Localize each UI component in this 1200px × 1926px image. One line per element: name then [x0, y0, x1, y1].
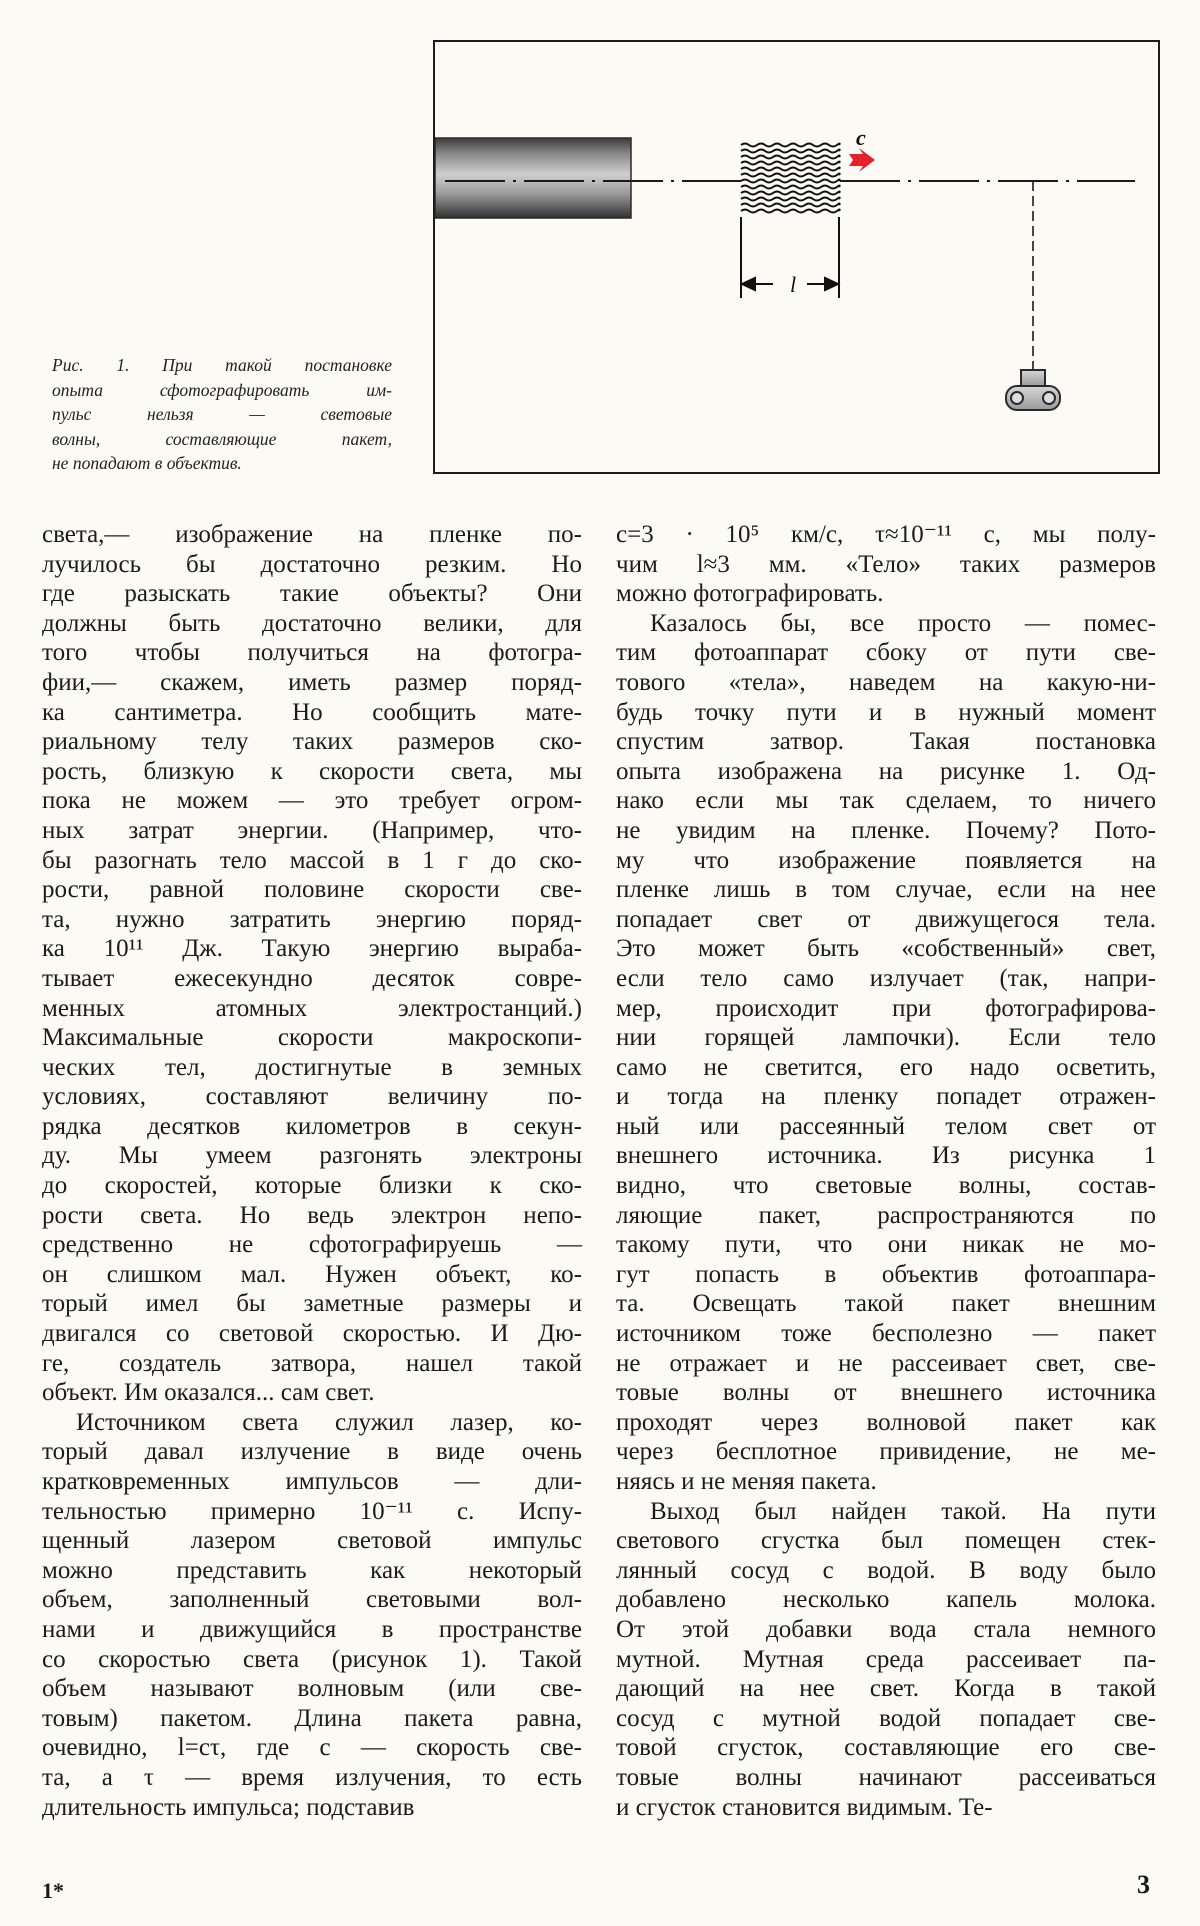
- figure-1-diagram: l c: [433, 40, 1160, 474]
- text-line: он слишком мал. Нужен объект, ко-: [42, 1260, 582, 1290]
- text-line: ду. Мы умеем разгонять электроны: [42, 1141, 582, 1171]
- text-line: торый имел бы заметные размеры и: [42, 1289, 582, 1319]
- text-line: лучилось бы достаточно резким. Но: [42, 550, 582, 580]
- text-line: тельностью примерно 10⁻¹¹ с. Испу-: [42, 1497, 582, 1527]
- text-line: спустим затвор. Такая постановка: [616, 727, 1156, 757]
- text-line: Выход был найден такой. На пути: [616, 1497, 1156, 1527]
- text-line: Источником света служил лазер, ко-: [42, 1408, 582, 1438]
- text-line: няясь и не меняя пакета.: [616, 1467, 1156, 1497]
- text-line: двигался со световой скоростью. И Дю-: [42, 1319, 582, 1349]
- text-line: со скоростью света (рисунок 1). Такой: [42, 1645, 582, 1675]
- text-line: условиях, составляют величину по-: [42, 1082, 582, 1112]
- text-line: та, а τ — время излучения, то есть: [42, 1763, 582, 1793]
- text-line: до скоростей, которые близки к ско-: [42, 1171, 582, 1201]
- text-line: не увидим на пленке. Почему? Пото-: [616, 816, 1156, 846]
- text-line: товые волны от внешнего источника: [616, 1378, 1156, 1408]
- text-line: должны быть достаточно велики, для: [42, 609, 582, 639]
- text-line: мутной. Мутная среда рассеивает па-: [616, 1645, 1156, 1675]
- camera-icon: [1006, 370, 1060, 410]
- text-line: Максимальные скорости макроскопи-: [42, 1023, 582, 1053]
- text-line: мер, происходит при фотографирова-: [616, 994, 1156, 1024]
- text-line: нами и движущийся в пространстве: [42, 1615, 582, 1645]
- text-line: От этой добавки вода стала немного: [616, 1615, 1156, 1645]
- text-line: Казалось бы, все просто — помес-: [616, 609, 1156, 639]
- text-line: рости света. Но ведь электрон непо-: [42, 1201, 582, 1231]
- text-line: добавлено несколько капель молока.: [616, 1585, 1156, 1615]
- text-line: длительность импульса; подставив: [42, 1793, 582, 1823]
- label-c: c: [856, 125, 866, 150]
- wave-packet-icon: [741, 141, 840, 217]
- text-line: тового «тела», наведем на какую-ни-: [616, 668, 1156, 698]
- text-line: бы разогнать тело массой в 1 г до ско-: [42, 846, 582, 876]
- text-line: фии,— скажем, иметь размер поряд-: [42, 668, 582, 698]
- text-line: рость, близкую к скорости света, мы: [42, 757, 582, 787]
- text-line: света,— изображение на пленке по-: [42, 520, 582, 550]
- page-number: 3: [1137, 1870, 1150, 1900]
- text-line: менных атомных электростанций.): [42, 994, 582, 1024]
- text-line: проходят через волновой пакет как: [616, 1408, 1156, 1438]
- velocity-arrow-icon: [849, 148, 875, 172]
- text-line: объем, заполненный световыми вол-: [42, 1585, 582, 1615]
- text-line: рядка десятков километров в секун-: [42, 1112, 582, 1142]
- text-line: будь точку пути и в нужный момент: [616, 698, 1156, 728]
- text-line: видно, что световые волны, состав-: [616, 1171, 1156, 1201]
- text-line: ческих тел, достигнутые в земных: [42, 1053, 582, 1083]
- text-line: та. Освещать такой пакет внешним: [616, 1289, 1156, 1319]
- text-line: рости, равной половине скорости све-: [42, 875, 582, 905]
- text-line: источником тоже бесполезно — пакет: [616, 1319, 1156, 1349]
- text-line: светового сгустка был помещен стек-: [616, 1526, 1156, 1556]
- text-line: щенный лазером световой импульс: [42, 1526, 582, 1556]
- text-line: кратковременных импульсов — дли-: [42, 1467, 582, 1497]
- text-line: ка сантиметра. Но сообщить мате-: [42, 698, 582, 728]
- text-line: и сгусток становится видимым. Те-: [616, 1793, 1156, 1823]
- text-line: товой сгусток, составляющие его све-: [616, 1733, 1156, 1763]
- text-line: ный или рассеянный телом свет от: [616, 1112, 1156, 1142]
- text-line: где разыскать такие объекты? Они: [42, 579, 582, 609]
- text-line: c=3 · 10⁵ км/с, τ≈10⁻¹¹ с, мы полу-: [616, 520, 1156, 550]
- text-line: лянный сосуд с водой. В воду было: [616, 1556, 1156, 1586]
- text-line: пленке лишь в том случае, если на нее: [616, 875, 1156, 905]
- label-l: l: [790, 272, 796, 297]
- signature-mark: 1*: [42, 1878, 64, 1904]
- text-line: товым) пакетом. Длина пакета равна,: [42, 1704, 582, 1734]
- text-line: гут попасть в объектив фотоаппара-: [616, 1260, 1156, 1290]
- text-line: само не светится, его надо осветить,: [616, 1053, 1156, 1083]
- text-line: ляющие пакет, распространяются по: [616, 1201, 1156, 1231]
- text-line: нако если мы так сделаем, то ничего: [616, 786, 1156, 816]
- text-line: попадает свет от движущегося тела.: [616, 905, 1156, 935]
- text-line: торый давал излучение в виде очень: [42, 1437, 582, 1467]
- caption-line: волны, составляющие пакет,: [52, 427, 392, 452]
- text-line: можно представить как некоторый: [42, 1556, 582, 1586]
- caption-line: опыта сфотографировать им-: [52, 378, 392, 403]
- laser-pulse-diagram: l c: [435, 42, 1162, 476]
- text-line: сосуд с мутной водой попадает све-: [616, 1704, 1156, 1734]
- text-line: ка 10¹¹ Дж. Такую энергию выраба-: [42, 934, 582, 964]
- text-line: пока не можем — это требует огром-: [42, 786, 582, 816]
- text-line: чим l≈3 мм. «Тело» таких размеров: [616, 550, 1156, 580]
- text-line: риальному телу таких размеров ско-: [42, 727, 582, 757]
- text-line: нии горящей лампочки). Если тело: [616, 1023, 1156, 1053]
- text-line: средственно не сфотографируешь —: [42, 1230, 582, 1260]
- text-line: очевидно, l=cτ, где c — скорость све-: [42, 1733, 582, 1763]
- figure-caption: Рис. 1. При такой постановке опыта сфото…: [52, 353, 392, 476]
- caption-line: пульс нельзя — световые: [52, 402, 392, 427]
- text-line: ных затрат энергии. (Например, что-: [42, 816, 582, 846]
- text-line: тим фотоаппарат сбоку от пути све-: [616, 638, 1156, 668]
- right-text-column: c=3 · 10⁵ км/с, τ≈10⁻¹¹ с, мы полу-чим l…: [616, 520, 1156, 1822]
- caption-line: Рис. 1. При такой постановке: [52, 353, 392, 378]
- text-line: внешнего источника. Из рисунка 1: [616, 1141, 1156, 1171]
- text-line: не отражает и не рассеивает свет, све-: [616, 1349, 1156, 1379]
- text-line: тывает ежесекундно десяток совре-: [42, 964, 582, 994]
- text-line: объем называют волновым (или све-: [42, 1674, 582, 1704]
- text-line: через бесплотное привидение, не ме-: [616, 1437, 1156, 1467]
- caption-line: не попадают в объектив.: [52, 451, 392, 476]
- laser-cylinder-icon: [435, 138, 631, 218]
- text-line: опыта изображена на рисунке 1. Од-: [616, 757, 1156, 787]
- text-line: та, нужно затратить энергию поряд-: [42, 905, 582, 935]
- text-line: дающий на нее свет. Когда в такой: [616, 1674, 1156, 1704]
- text-line: му что изображение появляется на: [616, 846, 1156, 876]
- left-text-column: света,— изображение на пленке по-лучилос…: [42, 520, 582, 1822]
- text-line: и тогда на пленку попадет отражен-: [616, 1082, 1156, 1112]
- text-line: можно фотографировать.: [616, 579, 1156, 609]
- text-line: такому пути, что они никак не мо-: [616, 1230, 1156, 1260]
- text-line: если тело само излучает (так, напри-: [616, 964, 1156, 994]
- text-line: объект. Им оказался... сам свет.: [42, 1378, 582, 1408]
- text-line: Это может быть «собственный» свет,: [616, 934, 1156, 964]
- text-line: товые волны начинают рассеиваться: [616, 1763, 1156, 1793]
- text-line: ге, создатель затвора, нашел такой: [42, 1349, 582, 1379]
- text-line: того чтобы получиться на фотогра-: [42, 638, 582, 668]
